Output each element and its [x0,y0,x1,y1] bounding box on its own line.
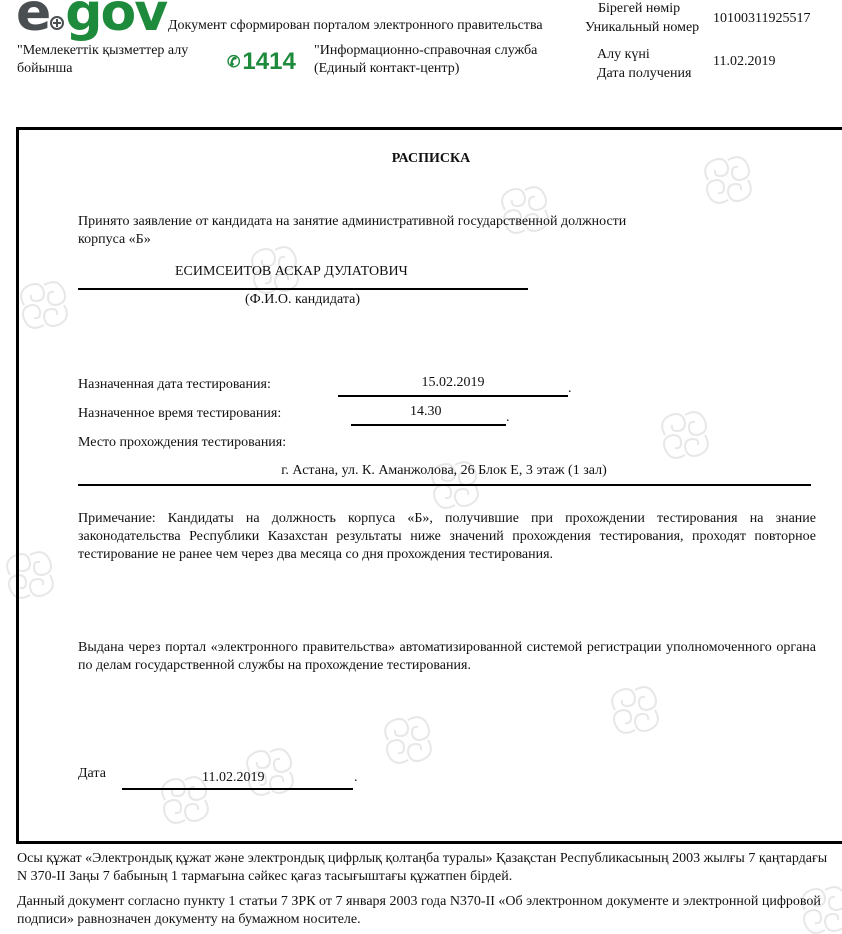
intro-line2: корпуса «Б» [78,231,151,249]
test-place-underline [78,484,811,486]
kz-legal-text: Осы құжат «Электрондық құжат және электр… [17,850,832,886]
period: . [354,770,358,786]
test-date-underline [338,395,568,397]
receipt-date-label-kz: Алу күні [597,46,650,64]
test-date-value: 15.02.2019 [338,375,568,391]
unique-number-label-ru: Уникальный номер [585,19,699,37]
egov-logo: e gov [16,0,166,36]
unique-number-label-kz: Бірегей нөмір [598,0,680,18]
intro-line1: Принято заявление от кандидата на заняти… [78,213,818,231]
receipt-date-value: 11.02.2019 [713,53,775,71]
ru-legal-text: Данный документ согласно пункту 1 статьи… [17,893,835,929]
period: . [568,381,572,397]
date-value: 11.02.2019 [202,770,264,786]
date-underline [122,788,353,790]
kz-service-label-line1: "Мемлекеттік қызметтер алу [17,42,188,60]
note-text: Примечание: Кандидаты на должность корпу… [78,510,816,564]
candidate-name-underline [78,288,528,290]
phone-number: 1414 [242,48,295,76]
test-time-label: Назначенное время тестирования: [78,406,281,422]
logo-gov: gov [65,0,166,36]
test-place-value: г. Астана, ул. К. Аманжолова, 26 Блок Е,… [78,463,810,479]
ru-service-label-line2: (Единый контакт-центр) [314,60,459,78]
test-date-label: Назначенная дата тестирования: [78,377,271,393]
date-label: Дата [78,766,106,782]
ru-service-label-line1: "Информационно-справочная служба [314,42,537,60]
unique-number-value: 10100311925517 [713,10,810,28]
logo-plus-icon [50,16,64,30]
issued-text: Выдана через портал «электронного правит… [78,639,816,675]
test-time-underline [351,424,506,426]
candidate-caption: (Ф.И.О. кандидата) [245,292,360,308]
test-place-label: Место прохождения тестирования: [78,435,286,451]
kz-service-label-line2: бойынша [17,60,73,78]
candidate-name: ЕСИМСЕИТОВ АСКАР ДУЛАТОВИЧ [175,264,408,280]
portal-note: Документ сформирован порталом электронно… [168,17,543,35]
phone-icon: ✆ [227,52,240,72]
logo-e: e [16,0,49,36]
period: . [506,410,510,426]
receipt-date-label-ru: Дата получения [597,65,691,83]
test-time-value: 14.30 [410,404,442,420]
receipt-title: РАСПИСКА [0,151,842,167]
contact-phone: ✆ 1414 [227,48,296,76]
